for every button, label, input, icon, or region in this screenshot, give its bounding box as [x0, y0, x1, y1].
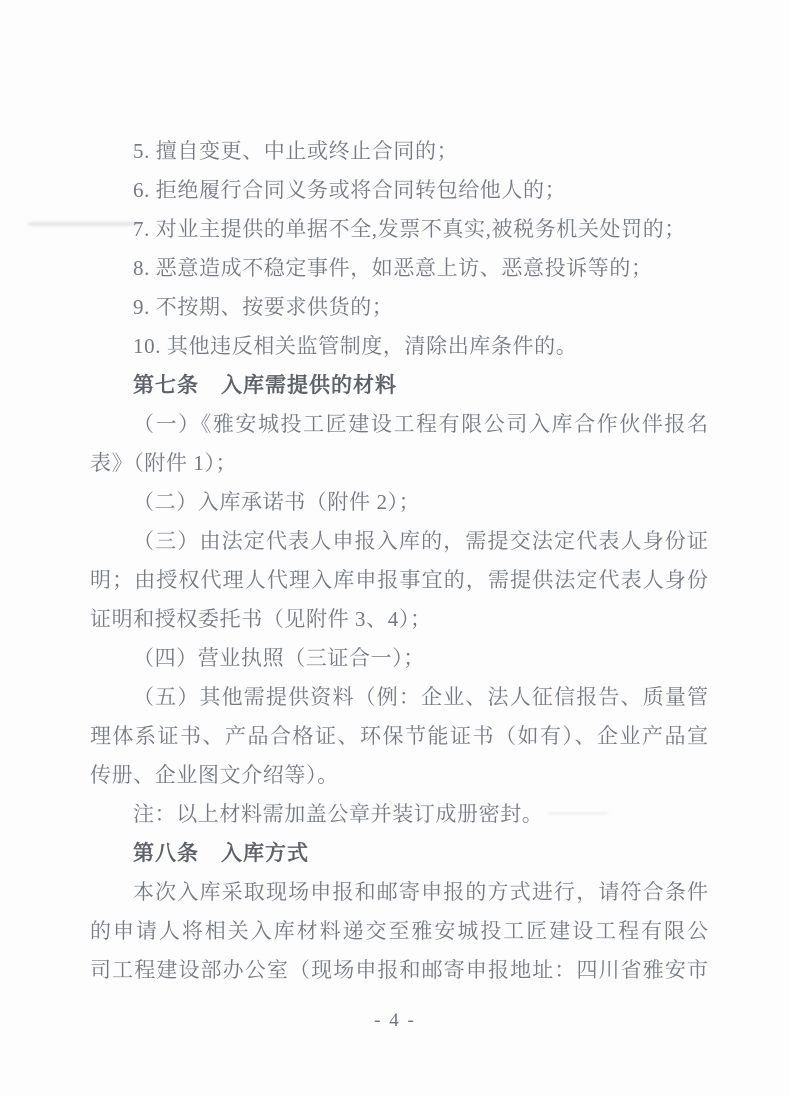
doc-line: （四）营业执照（三证合一）； — [90, 639, 708, 678]
section-heading: 第八条 入库方式 — [90, 834, 708, 873]
section-heading: 第七条 入库需提供的材料 — [90, 366, 708, 405]
doc-line: 注：以上材料需加盖公章并装订成册密封。 — [90, 795, 708, 834]
doc-line: 本次入库采取现场申报和邮寄申报的方式进行，请符合条件 — [90, 873, 708, 912]
doc-line: （三）由法定代表人申报入库的，需提交法定代表人身份证 — [90, 522, 708, 561]
doc-line: 明；由授权代理人代理入库申报事宜的，需提供法定代表人身份 — [90, 561, 708, 600]
scanned-document-page: 5. 擅自变更、中止或终止合同的；6. 拒绝履行合同义务或将合同转包给他人的；7… — [0, 0, 790, 1096]
doc-line: 9. 不按期、按要求供货的； — [90, 288, 708, 327]
doc-line: 5. 擅自变更、中止或终止合同的； — [90, 132, 708, 171]
doc-line: 8. 恶意造成不稳定事件，如恶意上访、恶意投诉等的； — [90, 249, 708, 288]
doc-line: 6. 拒绝履行合同义务或将合同转包给他人的； — [90, 171, 708, 210]
doc-line: （五）其他需提供资料（例：企业、法人征信报告、质量管 — [90, 678, 708, 717]
doc-line: 司工程建设部办公室（现场申报和邮寄申报地址：四川省雅安市 — [90, 951, 708, 990]
doc-line: （一）《雅安城投工匠建设工程有限公司入库合作伙伴报名 — [90, 405, 708, 444]
document-body: 5. 擅自变更、中止或终止合同的；6. 拒绝履行合同义务或将合同转包给他人的；7… — [90, 132, 708, 990]
doc-line: 的申请人将相关入库材料递交至雅安城投工匠建设工程有限公 — [90, 912, 708, 951]
doc-line: 传册、企业图文介绍等）。 — [90, 756, 708, 795]
doc-line: 10. 其他违反相关监管制度，清除出库条件的。 — [90, 327, 708, 366]
doc-line: （二）入库承诺书（附件 2）； — [90, 483, 708, 522]
doc-line: 7. 对业主提供的单据不全,发票不真实,被税务机关处罚的； — [90, 210, 708, 249]
doc-line: 表》（附件 1）； — [90, 444, 708, 483]
page-number: - 4 - — [0, 1006, 790, 1036]
doc-line: 证明和授权委托书（见附件 3、4）； — [90, 600, 708, 639]
doc-line: 理体系证书、产品合格证、环保节能证书（如有）、企业产品宣 — [90, 717, 708, 756]
